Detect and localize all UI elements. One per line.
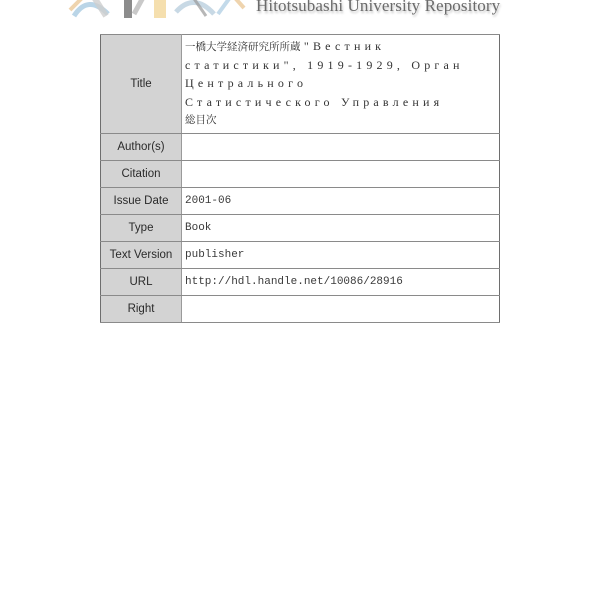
type-value: Book [182, 215, 500, 242]
type-label: Type [101, 215, 182, 242]
citation-label: Citation [101, 161, 182, 188]
title-line-3-cyr: Центрального [185, 76, 307, 90]
stained-glass-logo-icon [68, 0, 250, 18]
repository-banner: Hitotsubashi University Repository [0, 0, 600, 20]
url-link[interactable]: http://hdl.handle.net/10086/28916 [182, 269, 500, 296]
table-row-type: Type Book [101, 215, 500, 242]
title-line-1-cyr: "Вестник [304, 39, 385, 53]
text-version-label: Text Version [101, 242, 182, 269]
table-row-text-version: Text Version publisher [101, 242, 500, 269]
url-label: URL [101, 269, 182, 296]
metadata-table: Title 一橋大学経済研究所所蔵 "Вестник статистики", … [100, 34, 500, 323]
table-row-url: URL http://hdl.handle.net/10086/28916 [101, 269, 500, 296]
issue-date-label: Issue Date [101, 188, 182, 215]
title-line-1-jp: 一橋大学経済研究所所蔵 [185, 41, 304, 53]
title-line-5: 総目次 [185, 112, 499, 130]
table-row-citation: Citation [101, 161, 500, 188]
title-line-5-jp: 総目次 [185, 114, 217, 126]
table-row-author: Author(s) [101, 134, 500, 161]
issue-date-value: 2001-06 [182, 188, 500, 215]
title-label: Title [101, 35, 182, 134]
title-value: 一橋大学経済研究所所蔵 "Вестник статистики", 1919-1… [182, 35, 500, 134]
citation-value [182, 161, 500, 188]
title-line-4-cyr: Статистического Управления [185, 95, 443, 109]
table-row-title: Title 一橋大学経済研究所所蔵 "Вестник статистики", … [101, 35, 500, 134]
title-line-1: 一橋大学経済研究所所蔵 "Вестник [185, 38, 499, 57]
repository-title: Hitotsubashi University Repository [256, 0, 500, 16]
title-line-2-cyr: статистики", 1919-1929, Орган [185, 58, 464, 72]
right-label: Right [101, 296, 182, 323]
author-value [182, 134, 500, 161]
title-line-4: Статистического Управления [185, 94, 499, 113]
title-line-3: Центрального [185, 75, 499, 94]
text-version-value: publisher [182, 242, 500, 269]
table-row-issue-date: Issue Date 2001-06 [101, 188, 500, 215]
table-row-right: Right [101, 296, 500, 323]
title-line-2: статистики", 1919-1929, Орган [185, 57, 499, 76]
author-label: Author(s) [101, 134, 182, 161]
right-value [182, 296, 500, 323]
